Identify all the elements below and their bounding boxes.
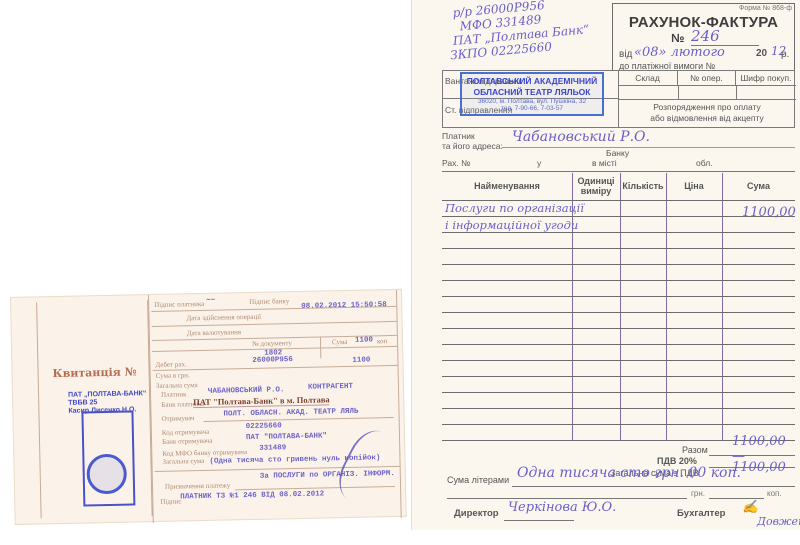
invoice-header-box: Форма № 868-ф РАХУНОК-ФАКТУРА № 246 від … xyxy=(612,3,795,71)
organization-stamp: ПОЛТАВСЬКИЙ АКАДЕМІЧНИЙ ОБЛАСНИЙ ТЕАТР Л… xyxy=(460,72,604,116)
amount-value: 1100 xyxy=(355,336,373,344)
payer-bank-name: ПАТ "Полтава-Банк" в м. Полтава xyxy=(193,394,330,408)
payer-extra: КОНТРАГЕНТ xyxy=(308,383,353,392)
document-label: № документу xyxy=(252,339,292,348)
subtotal-label: Разом xyxy=(682,445,708,455)
invoice-number: 246 xyxy=(691,27,720,45)
stamp-line: ПАТ „ПОЛТАВА-БАНК“ xyxy=(68,390,146,400)
col-header-price: Ціна xyxy=(666,173,722,199)
divider xyxy=(709,498,764,499)
handwritten-bank-details: р/р 26000Р956 МФО 331489 ПАТ „Полтава Ба… xyxy=(452,0,591,62)
recipient-code: 02225660 xyxy=(246,422,282,431)
divider xyxy=(502,147,795,148)
bank-label-line: Банку xyxy=(592,148,629,158)
receipt-title: Квитанція № xyxy=(52,365,136,380)
recipient-name: ПОЛТ. ОБЛАСН. АКАД. ТЕАТР ЛЯЛЬ xyxy=(223,408,358,419)
stamp-line: ОБЛАСНИЙ ТЕАТР ЛЯЛЬОК xyxy=(462,87,602,97)
payer-name: Чабановський Р.О. xyxy=(512,129,650,145)
disposition-note: Розпорядження про оплату або відмовлення… xyxy=(618,102,796,124)
recipient-label: Отримувач xyxy=(162,414,195,423)
total-words-label: Загальна сума xyxy=(162,457,204,466)
invoice-year-suffix: р. xyxy=(781,49,789,60)
payer-signature-label: Підпис платника xyxy=(154,300,204,309)
invoice-date: «08» лютого xyxy=(634,45,725,60)
payer-label-line: та його адреса: xyxy=(442,141,503,151)
invoice-date-label: від xyxy=(619,49,632,60)
payer-label: Платник та його адреса: xyxy=(442,131,503,151)
payer-signature: ~~ xyxy=(206,297,215,305)
divider xyxy=(504,520,574,521)
mini-table: Склад № опер. Шифр покуп. xyxy=(618,71,796,99)
divider xyxy=(396,290,402,518)
stamp-line: тел. 7-90-66, 7-03-57 xyxy=(462,105,602,112)
disposition-line: Розпорядження про оплату xyxy=(618,102,796,113)
disposition-line: або відмовлення від акцепту xyxy=(618,113,796,124)
operation-date-label: Дата здійснення операції xyxy=(186,313,261,323)
subtotal-value: 1100,00 xyxy=(732,434,786,449)
payer-label-line: Платник xyxy=(442,131,503,141)
mini-header-buyer-code: Шифр покуп. xyxy=(736,71,796,85)
payer-label: Платник xyxy=(161,390,187,399)
handwritten-signature xyxy=(330,423,408,512)
stamp-line: 36020, м. Полтава, вул. Пушкіна, 32 xyxy=(462,98,602,105)
divider xyxy=(709,455,795,456)
director-label: Директор xyxy=(454,508,499,519)
divider xyxy=(447,498,687,499)
purpose-label: Призначення платежу xyxy=(165,481,231,490)
account-row: Рах. № у Банку в місті обл. xyxy=(442,155,795,169)
uah-label: грн. xyxy=(691,489,705,498)
bank-signature-label: Підпис банку xyxy=(249,297,289,306)
recipient-code-label: Код отримувача xyxy=(162,428,209,437)
stamp-line: ПОЛТАВСЬКИЙ АКАДЕМІЧНИЙ xyxy=(462,76,602,86)
mini-header-operation: № опер. xyxy=(678,71,736,85)
col-header-unit: Одиниці виміру xyxy=(572,173,620,199)
item-name-line: і інформаційної угоди xyxy=(445,217,584,234)
divider xyxy=(618,99,796,100)
mini-table-row xyxy=(618,85,796,99)
sum-label: Сума в грн. xyxy=(156,371,190,380)
accountant-name: Довженко Т. xyxy=(757,515,800,528)
debit-account-label: Дебет рах. xyxy=(155,360,186,369)
col-header-qty: Кількість xyxy=(620,173,666,199)
form-number: Форма № 868-ф xyxy=(739,5,792,12)
payer-name: ЧАБАНОВСЬКИЙ Р.О. xyxy=(208,386,285,396)
divider xyxy=(442,171,795,172)
sum-in-words-label: Сума літерами xyxy=(447,475,509,485)
kop-label: коп. xyxy=(767,489,782,498)
bank-label-line: в місті xyxy=(592,158,629,168)
table-row-item-sum: 1100,00 xyxy=(742,205,796,220)
divider xyxy=(512,486,795,487)
signature-label: Підпис xyxy=(160,497,181,505)
invoice-year-prefix: 20 xyxy=(756,48,767,59)
director-signature: Черкінова Ю.О. xyxy=(508,500,616,515)
recipient-bank-label: Банк отримувача xyxy=(162,437,213,446)
debit-account: 26000Р956 xyxy=(252,356,293,365)
col-header-name: Найменування xyxy=(442,173,572,199)
mfo-value: 331489 xyxy=(259,444,286,453)
col-header-sum: Сума xyxy=(722,173,795,199)
currency-date-label: Дата валютування xyxy=(187,328,241,337)
region-label: обл. xyxy=(696,158,713,168)
divider xyxy=(153,365,398,371)
invoice-number-label: № xyxy=(671,31,684,45)
item-name-line: Послуги по організації xyxy=(445,200,584,217)
bank-label: Банку в місті xyxy=(592,148,629,168)
accountant-label: Бухгалтер xyxy=(677,508,725,519)
recipient-bank: ПАТ "ПОЛТАВА-БАНК" xyxy=(246,432,327,442)
sum-value: 1100 xyxy=(352,356,370,364)
account-label: Рах. № xyxy=(442,158,470,168)
amount-label: Сума xyxy=(332,338,348,346)
operation-datetime: 08.02.2012 15:50:58 xyxy=(301,301,387,311)
total-sum-label: Загальна сума xyxy=(156,381,198,390)
invoice-document: р/р 26000Р956 МФО 331489 ПАТ „Полтава Ба… xyxy=(411,0,800,530)
table-row-item-name: Послуги по організації і інформаційної у… xyxy=(445,200,584,234)
signature-value: ПЛАТНИК ТЗ №1 246 ВІД 08.02.2012 xyxy=(180,490,324,501)
account-in-label: у xyxy=(537,158,541,168)
bank-receipt: Квитанція № ПАТ „ПОЛТАВА-БАНК“ ТВБВ 25 К… xyxy=(10,289,407,525)
accountant-signature: ✍ xyxy=(742,500,758,515)
sum-in-words-value: Одна тисяча сто грн. 00 коп. xyxy=(517,465,741,481)
mini-header-warehouse: Склад xyxy=(618,71,678,85)
amount-unit: коп xyxy=(377,337,387,345)
